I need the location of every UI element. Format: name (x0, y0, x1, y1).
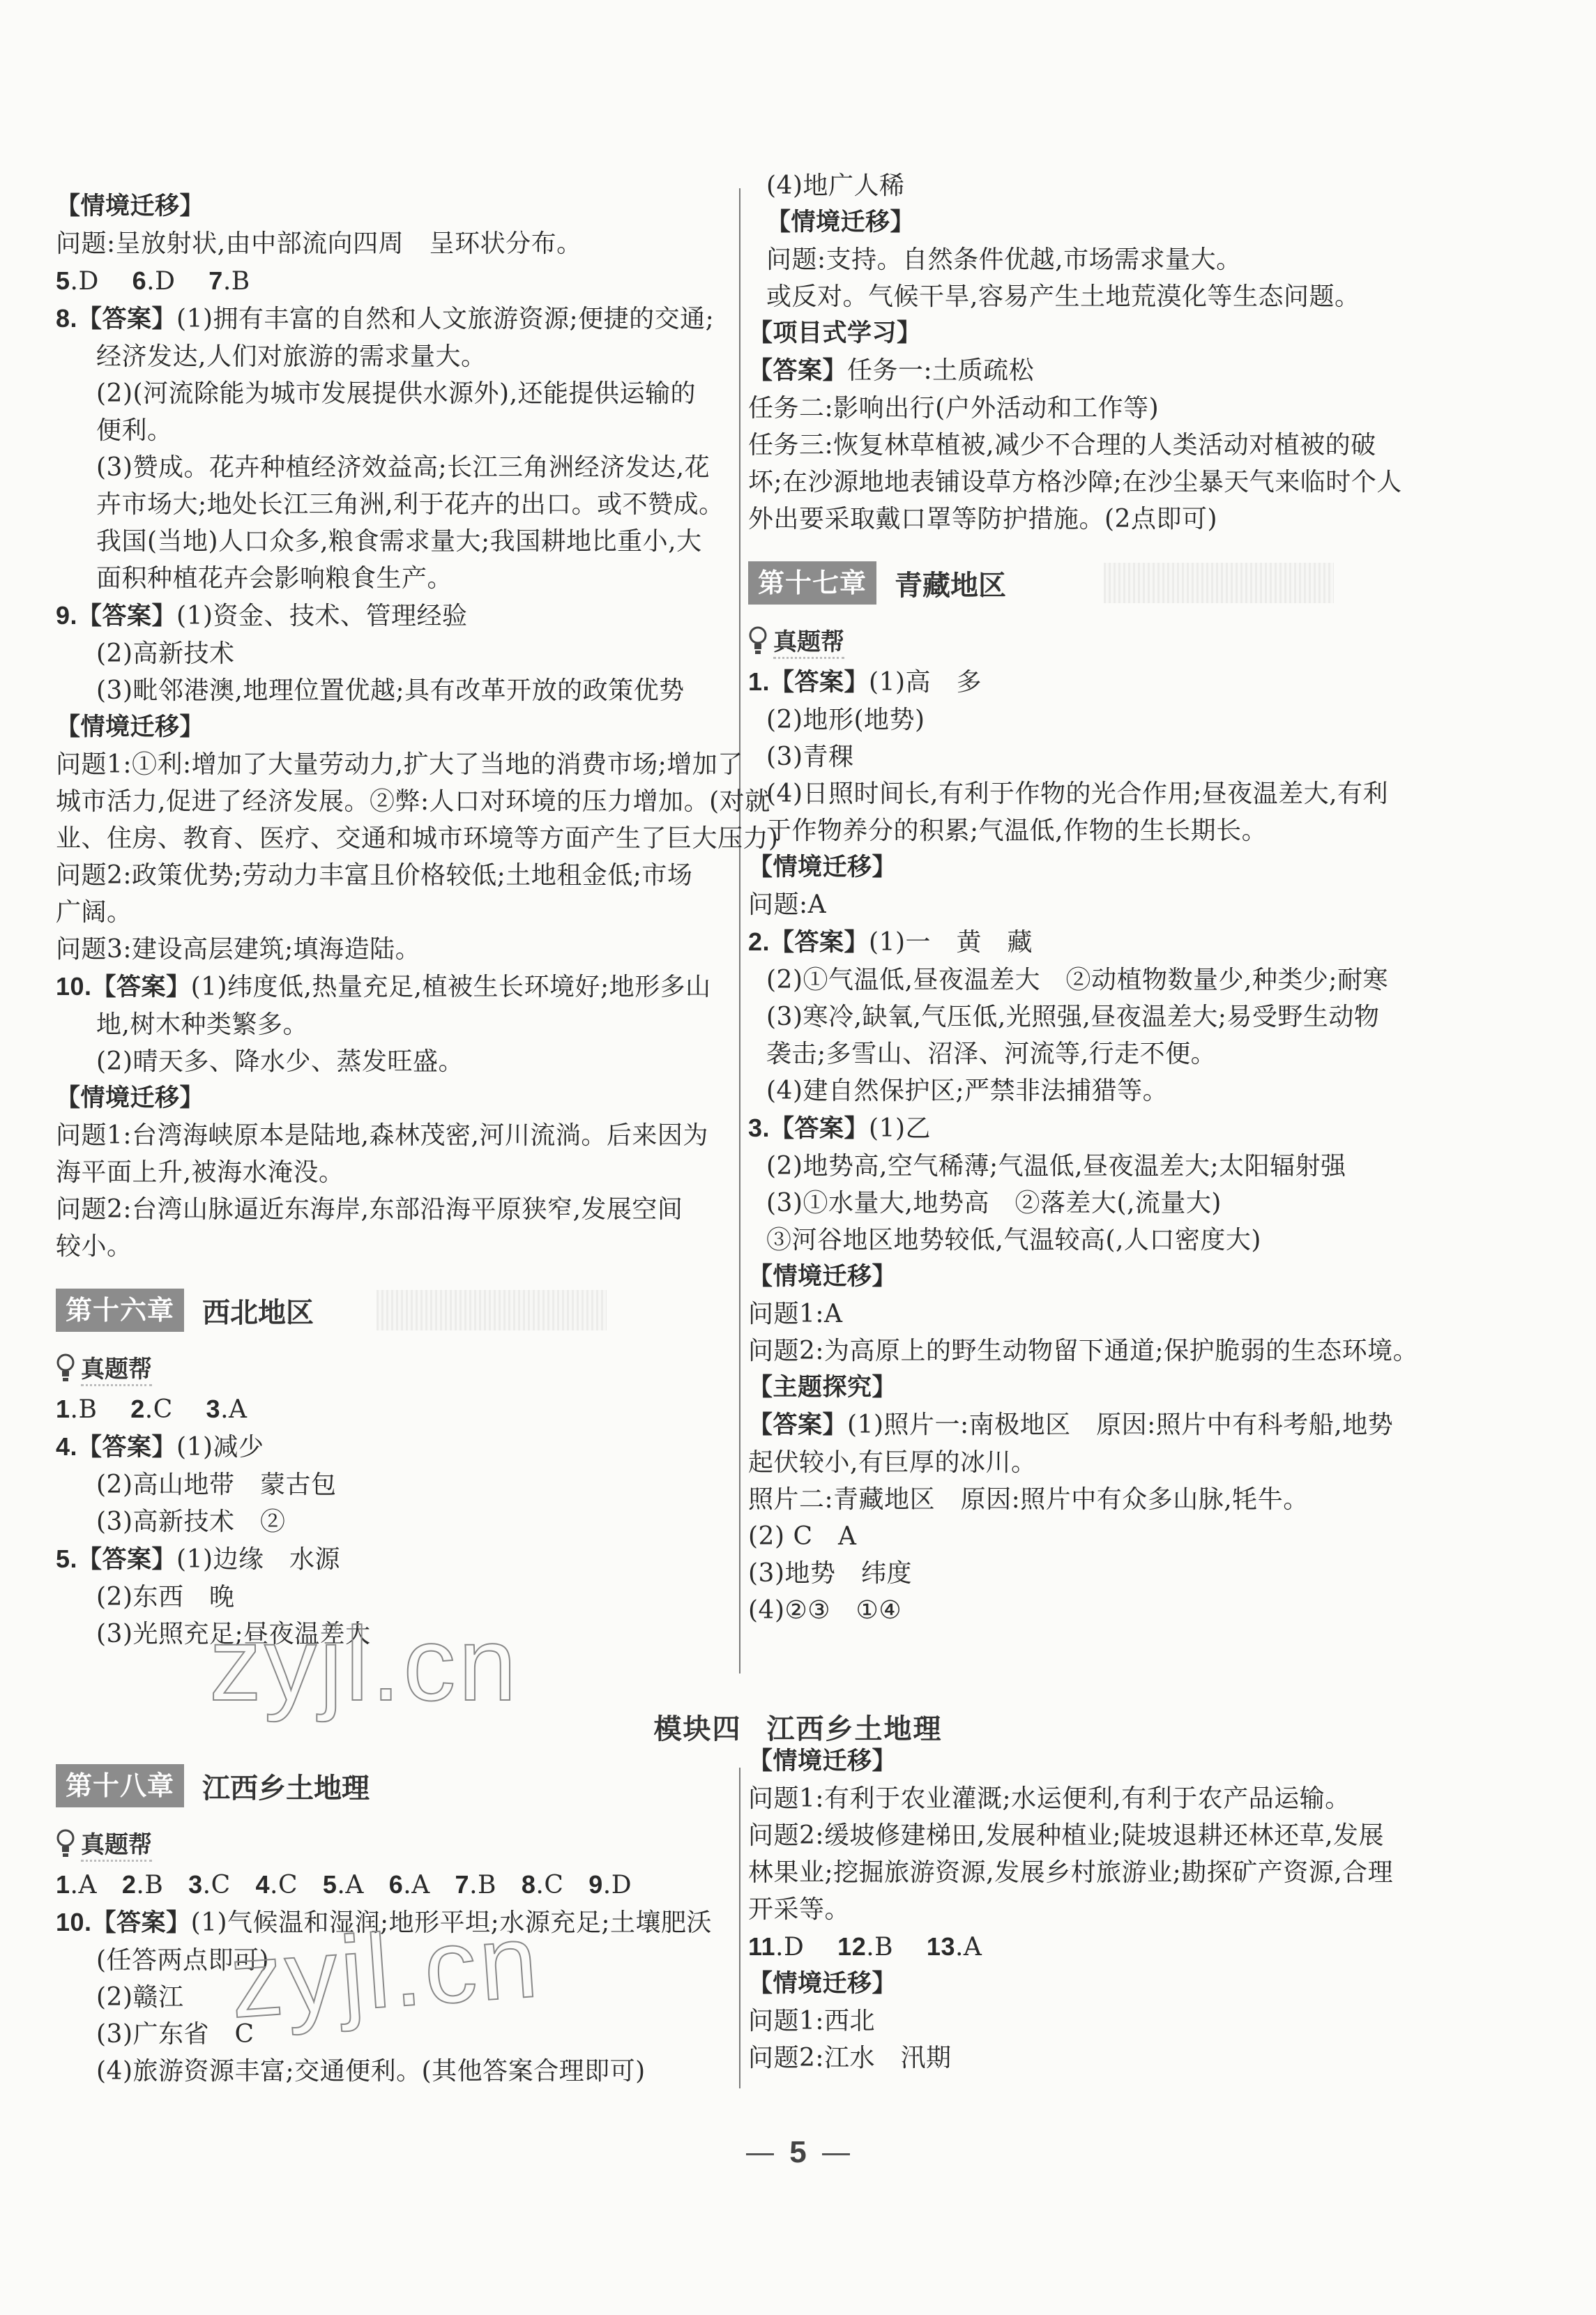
theme-answer: 【答案】(1)照片一:南极地区 原因:照片中有科考船,地势 (748, 1406, 1536, 1444)
situation-line: 问题:支持。自然条件优越,市场需求量大。 (748, 241, 1536, 278)
chapter-number-box: 第十七章 (748, 561, 876, 605)
q8-line: 面积种植花卉会影响粮食生产。 (56, 560, 746, 597)
mc-answers-1-3: 1.B 2.C 3.A (56, 1390, 746, 1428)
situation-line: 问题1:台湾海峡原本是陆地,森林茂密,河川流淌。后来因为 (56, 1117, 746, 1154)
project-learning-heading: 【项目式学习】 (748, 315, 1536, 352)
situation-heading: 【情境迁移】 (56, 1080, 746, 1117)
q10-line: (4)旅游资源丰富;交通便利。(其他答案合理即可) (56, 2053, 746, 2090)
situation-heading: 【情境迁移】 (748, 1259, 1536, 1296)
zhentibang-heading: 真题帮 (56, 1350, 746, 1386)
q3-line: (3)①水量大,地势高 ②落差大(,流量大) (748, 1185, 1536, 1222)
q2-answer: 2.【答案】(1)一 黄 藏 (748, 923, 1536, 962)
zhentibang-heading: 真题帮 (748, 623, 1536, 659)
dash-right (822, 2153, 850, 2155)
situation-heading: 【情境迁移】 (748, 1966, 1536, 2003)
chapter-title: 青藏地区 (895, 563, 1006, 603)
situation-line: 问题:A (748, 886, 1536, 923)
situation-line: 问题2:政策优势;劳动力丰富且价格较低;土地租金低;市场 (56, 857, 746, 894)
right-column: (4)地广人稀 【情境迁移】 问题:支持。自然条件优越,市场需求量大。 或反对。… (748, 167, 1536, 1629)
situation-line: 问题2:江水 汛期 (748, 2040, 1536, 2077)
theme-line: (2) C A (748, 1518, 1536, 1555)
situation-line: 问题2:为高原上的野生动物留下通道;保护脆弱的生态环境。 (748, 1333, 1536, 1369)
watermark: zyjl.cn (227, 1900, 545, 2042)
left-column: 【情境迁移】 问题:呈放射状,由中部流向四周 呈环状分布。 5.D 6.D 7.… (56, 188, 746, 1653)
situation-line: 或反对。气候干旱,容易产生土地荒漠化等生态问题。 (748, 278, 1536, 315)
q1-line: (2)地形(地势) (748, 701, 1536, 738)
project-line: 任务二:影响出行(户外活动和工作等) (748, 390, 1536, 427)
mc-answers-1-9: 1.A 2.B 3.C 4.C 5.A 6.A 7.B 8.C 9.D (56, 1866, 746, 1904)
q2-line: (4)建自然保护区;严禁非法捕猎等。 (748, 1072, 1536, 1109)
situation-line: 问题1:西北 (748, 2003, 1536, 2040)
situation-answer: 问题:呈放射状,由中部流向四周 呈环状分布。 (56, 225, 746, 262)
theme-line: (4)②③ ①④ (748, 1592, 1536, 1629)
situation-heading: 【情境迁移】 (748, 849, 1536, 886)
q4-line: (2)高山地带 蒙古包 (56, 1466, 746, 1503)
situation-line: 城市活力,促进了经济发展。②弊:人口对环境的压力增加。(对就 (56, 783, 746, 820)
q9-line: (3)毗邻港澳,地理位置优越;具有改革开放的政策优势 (56, 672, 746, 709)
chapter-18-header: 第十八章 江西乡土地理 (56, 1764, 746, 1807)
project-line: 外出要采取戴口罩等防护措施。(2点即可) (748, 501, 1536, 538)
situation-line: 问题1:①利:增加了大量劳动力,扩大了当地的消费市场;增加了 (56, 746, 746, 783)
q10-line: (2)晴天多、降水少、蒸发旺盛。 (56, 1043, 746, 1080)
q3-answer: 3.【答案】(1)乙 (748, 1109, 1536, 1148)
situation-line: 问题1:有利于农业灌溉;水运便利,有利于农产品运输。 (748, 1780, 1536, 1817)
situation-line: 问题1:A (748, 1296, 1536, 1333)
q8-line: 经济发达,人们对旅游的需求量大。 (56, 338, 746, 375)
situation-line: 海平面上升,被海水淹没。 (56, 1154, 746, 1191)
mc-answers-5-7: 5.D 6.D 7.B (56, 262, 746, 300)
q1-line: (3)青稞 (748, 738, 1536, 775)
theme-line: (3)地势 纬度 (748, 1555, 1536, 1592)
decorative-texture (1104, 563, 1334, 603)
q1-answer: 1.【答案】(1)高 多 (748, 663, 1536, 701)
chapter-18-right: 【情境迁移】 问题1:有利于农业灌溉;水运便利,有利于农产品运输。 问题2:缓坡… (748, 1743, 1536, 2077)
situation-line: 林果业;挖掘旅游资源,发展乡村旅游业;勘探矿产资源,合理 (748, 1854, 1536, 1891)
q4-line: (3)高新技术 ② (56, 1503, 746, 1540)
q2-line: (2)①气温低,昼夜温差大 ②动植物数量少,种类少;耐寒 (748, 962, 1536, 999)
page-number: 5 (0, 2135, 1596, 2170)
chapter-16-header: 第十六章 西北地区 (56, 1289, 746, 1332)
chapter-title: 西北地区 (202, 1291, 314, 1330)
zhentibang-heading: 真题帮 (56, 1826, 746, 1862)
chapter-number-box: 第十六章 (56, 1289, 184, 1332)
lightbulb-icon (56, 1353, 75, 1383)
q8-line: (3)赞成。花卉种植经济效益高;长江三角洲经济发达,花 (56, 449, 746, 486)
answer-line: (4)地广人稀 (748, 167, 1536, 204)
q1-line: (4)日照时间长,有利于作物的光合作用;昼夜温差大,有利 (748, 775, 1536, 812)
chapter-title: 江西乡土地理 (202, 1766, 370, 1806)
q9-line: (2)高新技术 (56, 635, 746, 672)
mc-answers-11-13: 11.D 12.B 13.A (748, 1928, 1536, 1966)
chapter-17-header: 第十七章 青藏地区 (748, 561, 1536, 605)
q8-line: 便利。 (56, 412, 746, 449)
situation-heading: 【情境迁移】 (748, 204, 1536, 241)
project-line: 任务三:恢复林草植被,减少不合理的人类活动对植被的破 (748, 427, 1536, 464)
theme-line: 起伏较小,有巨厚的冰川。 (748, 1444, 1536, 1481)
watermark: zyjl.cn (209, 1604, 519, 1724)
q8-answer: 8.【答案】(1)拥有丰富的自然和人文旅游资源;便捷的交通; (56, 300, 746, 338)
situation-line: 问题3:建设高层建筑;填海造陆。 (56, 931, 746, 968)
q10-answer: 10.【答案】(1)纬度低,热量充足,植被生长环境好;地形多山 (56, 968, 746, 1006)
q2-line: (3)寒冷,缺氧,气压低,光照强,昼夜温差大;易受野生动物 (748, 999, 1536, 1035)
situation-line: 开采等。 (748, 1891, 1536, 1928)
q1-line: 于作物养分的积累;气温低,作物的生长期长。 (748, 812, 1536, 849)
situation-line: 问题2:缓坡修建梯田,发展种植业;陡坡退耕还林还草,发展 (748, 1817, 1536, 1854)
q8-line: 我国(当地)人口众多,粮食需求量大;我国耕地比重小,大 (56, 523, 746, 560)
q8-line: 卉市场大;地处长江三角洲,利于花卉的出口。或不赞成。 (56, 486, 746, 523)
q9-answer: 9.【答案】(1)资金、技术、管理经验 (56, 597, 746, 635)
q8-line: (2)(河流除能为城市发展提供水源外),还能提供运输的 (56, 375, 746, 412)
q3-line: (2)地势高,空气稀薄;气温低,昼夜温差大;太阳辐射强 (748, 1148, 1536, 1185)
situation-line: 业、住房、教育、医疗、交通和城市环境等方面产生了巨大压力) (56, 820, 746, 857)
theme-inquiry-heading: 【主题探究】 (748, 1369, 1536, 1406)
chapter-number-box: 第十八章 (56, 1764, 184, 1807)
lightbulb-icon (56, 1828, 75, 1859)
project-answer: 【答案】任务一:土质疏松 (748, 352, 1536, 390)
q4-answer: 4.【答案】(1)减少 (56, 1428, 746, 1466)
situation-heading: 【情境迁移】 (748, 1743, 1536, 1780)
q10-line: 地,树木种类繁多。 (56, 1006, 746, 1043)
q2-line: 袭击;多雪山、沼泽、河流等,行走不便。 (748, 1035, 1536, 1072)
situation-heading: 【情境迁移】 (56, 188, 746, 225)
q5-answer: 5.【答案】(1)边缘 水源 (56, 1540, 746, 1579)
decorative-texture (377, 1290, 607, 1330)
project-line: 坏;在沙源地地表铺设草方格沙障;在沙尘暴天气来临时个人 (748, 464, 1536, 501)
situation-heading: 【情境迁移】 (56, 709, 746, 746)
situation-line: 问题2:台湾山脉逼近东海岸,东部沿海平原狭窄,发展空间 (56, 1191, 746, 1228)
q3-line: ③河谷地区地势较低,气温较高(,人口密度大) (748, 1222, 1536, 1259)
dash-left (746, 2153, 774, 2155)
theme-line: 照片二:青藏地区 原因:照片中有众多山脉,牦牛。 (748, 1481, 1536, 1518)
situation-line: 广阔。 (56, 894, 746, 931)
lightbulb-icon (748, 625, 768, 656)
situation-line: 较小。 (56, 1228, 746, 1265)
